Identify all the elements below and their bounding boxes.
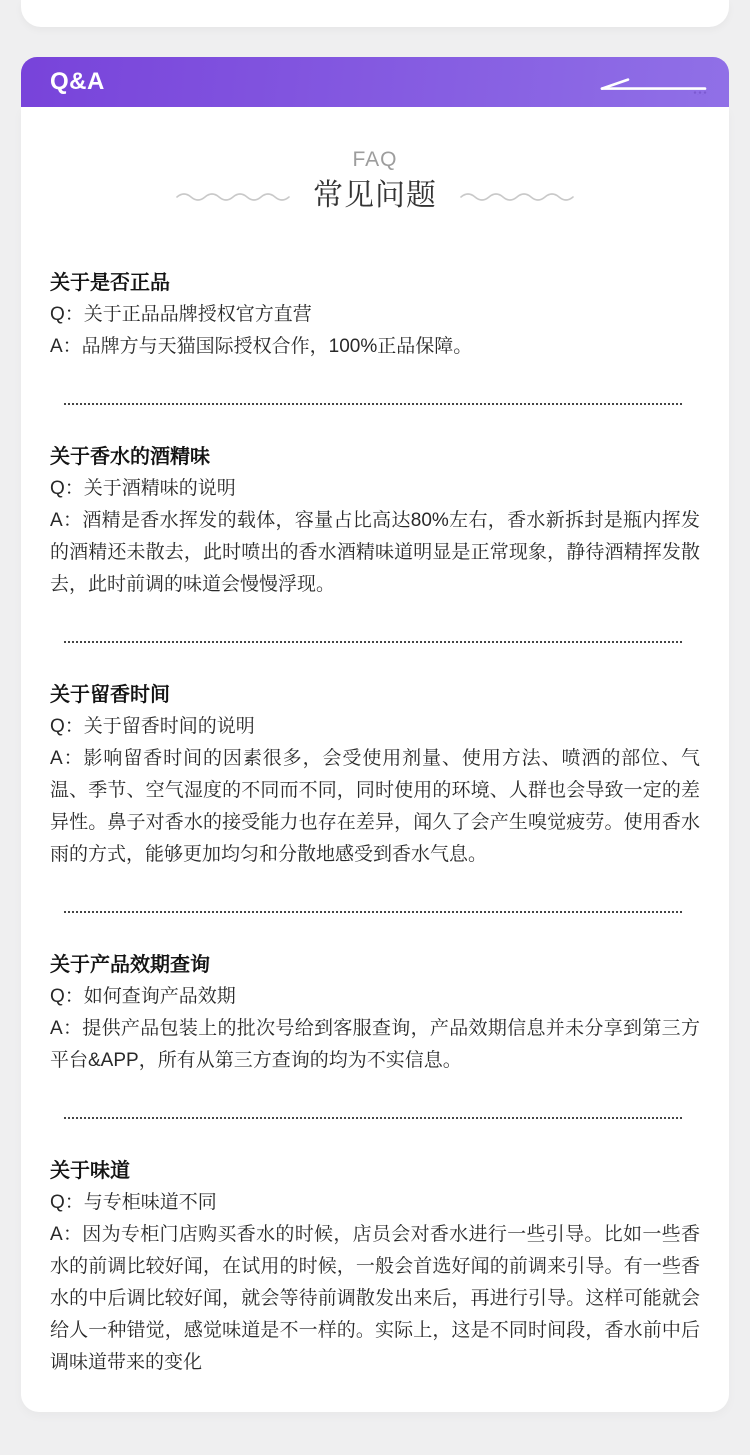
faq-section-alcohol-smell: 关于香水的酒精味 Q：关于酒精味的说明 A：酒精是香水挥发的载体，容量占比高达8…: [50, 441, 700, 601]
answer-text: A：提供产品包装上的批次号给到客服查询，产品效期信息并未分享到第三方平台&APP…: [50, 1013, 700, 1077]
dotted-divider: [64, 911, 682, 913]
question-line: Q：关于酒精味的说明: [50, 473, 700, 505]
section-title: 关于香水的酒精味: [50, 441, 700, 473]
dotted-divider: [64, 1117, 682, 1119]
faq-section-lasting-time: 关于留香时间 Q：关于留香时间的说明 A：影响留香时间的因素很多，会受使用剂量、…: [50, 679, 700, 871]
previous-card-remnant: [21, 0, 729, 27]
long-left-arrow-icon: [599, 65, 711, 95]
answer-text: A：酒精是香水挥发的载体，容量占比高达80%左右，香水新拆封是瓶内挥发的酒精还未…: [50, 505, 700, 601]
faq-heading: 常见问题: [313, 177, 437, 215]
faq-title-row: 常见问题: [50, 177, 700, 215]
qa-header: Q&A: [21, 57, 729, 107]
question-line: Q：与专柜味道不同: [50, 1187, 700, 1219]
section-title: 关于留香时间: [50, 679, 700, 711]
squiggle-right-icon: [459, 189, 575, 203]
faq-eyebrow: FAQ: [50, 149, 700, 171]
faq-panel: FAQ 常见问题 关于是否正品 Q：关于正品品牌授权官方直营 A：品牌方与天猫国…: [21, 107, 729, 1412]
squiggle-left-icon: [175, 189, 291, 203]
faq-section-expiry-check: 关于产品效期查询 Q：如何查询产品效期 A：提供产品包装上的批次号给到客服查询，…: [50, 949, 700, 1077]
section-title: 关于味道: [50, 1155, 700, 1187]
question-line: Q：如何查询产品效期: [50, 981, 700, 1013]
section-title: 关于是否正品: [50, 267, 700, 299]
dotted-divider: [64, 641, 682, 643]
question-line: Q：关于正品品牌授权官方直营: [50, 299, 700, 331]
faq-head: FAQ 常见问题: [50, 149, 700, 215]
dotted-divider: [64, 403, 682, 405]
section-title: 关于产品效期查询: [50, 949, 700, 981]
answer-text: A：影响留香时间的因素很多，会受使用剂量、使用方法、喷洒的部位、气温、季节、空气…: [50, 743, 700, 871]
question-line: Q：关于留香时间的说明: [50, 711, 700, 743]
qa-header-title: Q&A: [50, 68, 105, 96]
faq-section-authenticity: 关于是否正品 Q：关于正品品牌授权官方直营 A：品牌方与天猫国际授权合作，100…: [50, 267, 700, 363]
qa-card: Q&A FAQ 常见问题 关于是否正品: [21, 57, 729, 1412]
answer-text: A：品牌方与天猫国际授权合作，100%正品保障。: [50, 331, 700, 363]
answer-text: A：因为专柜门店购买香水的时候，店员会对香水进行一些引导。比如一些香水的前调比较…: [50, 1219, 700, 1379]
faq-section-scent: 关于味道 Q：与专柜味道不同 A：因为专柜门店购买香水的时候，店员会对香水进行一…: [50, 1155, 700, 1379]
